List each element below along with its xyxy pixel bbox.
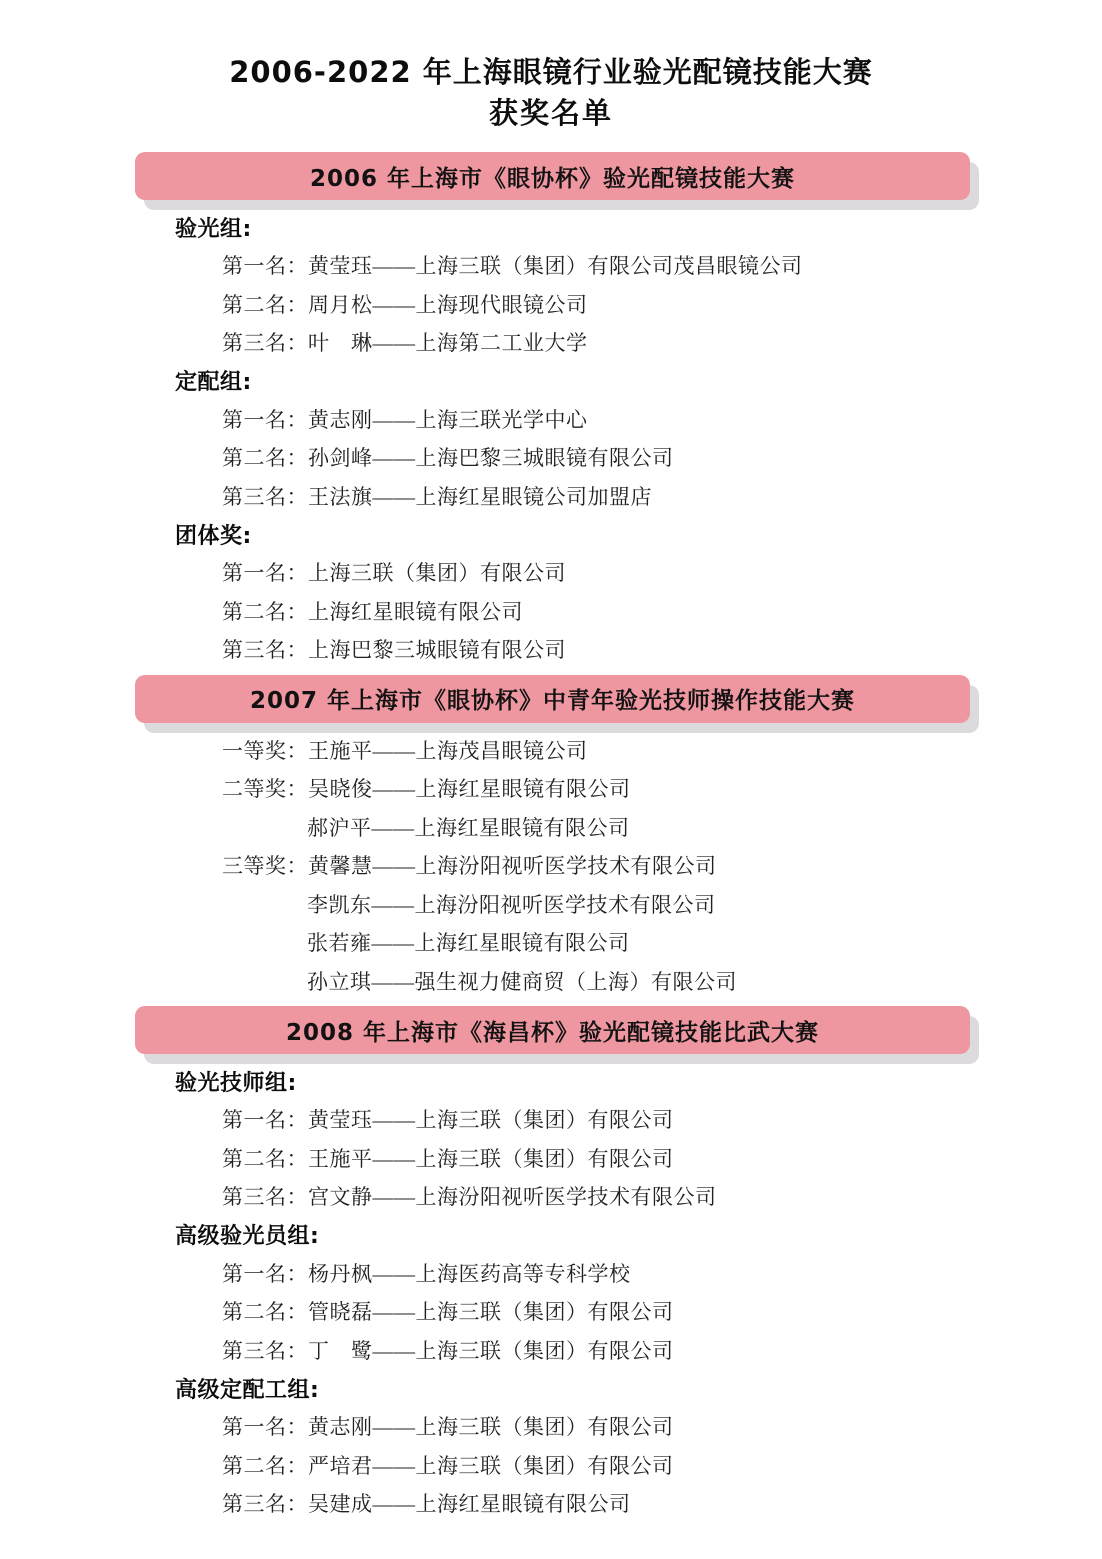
award-rank-label: 第二名： xyxy=(222,289,308,319)
award-winner-text: 上海巴黎三城眼镜有限公司 xyxy=(308,634,566,664)
award-entry: 第一名：黄莹珏——上海三联（集团）有限公司茂昌眼镜公司 xyxy=(222,246,1102,285)
award-entry: 三等奖：黄馨慧——上海汾阳视听医学技术有限公司 xyxy=(222,846,1102,885)
award-winner-text: 黄馨慧——上海汾阳视听医学技术有限公司 xyxy=(308,850,717,880)
award-rank-label: 第一名： xyxy=(222,404,308,434)
award-winner-text: 上海红星眼镜有限公司 xyxy=(308,596,523,626)
award-winner-text: 杨丹枫——上海医药高等专科学校 xyxy=(308,1258,631,1288)
section-body: 验光组:第一名：黄莹珏——上海三联（集团）有限公司茂昌眼镜公司第二名：周月松——… xyxy=(0,200,1102,669)
award-rank-label: 第一名： xyxy=(222,1411,308,1441)
award-entry: 张若雍——上海红星眼镜有限公司 xyxy=(222,923,1102,962)
award-entry: 第二名：管晓磊——上海三联（集团）有限公司 xyxy=(222,1292,1102,1331)
award-rank-label: 第三名： xyxy=(222,1181,308,1211)
award-rank-label: 第二名： xyxy=(222,1143,308,1173)
award-winner-text: 王法旗——上海红星眼镜公司加盟店 xyxy=(308,481,652,511)
award-rank-label: 三等奖： xyxy=(222,850,308,880)
award-entry: 二等奖：吴晓俊——上海红星眼镜有限公司 xyxy=(222,769,1102,808)
group-heading: 验光技师组: xyxy=(175,1062,1102,1100)
award-rank-label: 第一名： xyxy=(222,1104,308,1134)
section-banner-title: 2007 年上海市《眼协杯》中青年验光技师操作技能大赛 xyxy=(250,682,855,715)
award-entry: 第三名：叶 琳——上海第二工业大学 xyxy=(222,323,1102,362)
award-winner-text: 黄莹珏——上海三联（集团）有限公司 xyxy=(308,1104,674,1134)
award-entry: 第二名：周月松——上海现代眼镜公司 xyxy=(222,285,1102,324)
award-entry: 第三名：上海巴黎三城眼镜有限公司 xyxy=(222,630,1102,669)
competition-section: 2007 年上海市《眼协杯》中青年验光技师操作技能大赛一等奖：王施平——上海茂昌… xyxy=(0,675,1102,1001)
award-rank-label: 第一名： xyxy=(222,557,308,587)
award-entry: 第一名：上海三联（集团）有限公司 xyxy=(222,553,1102,592)
section-banner-title: 2006 年上海市《眼协杯》验光配镜技能大赛 xyxy=(310,160,795,193)
award-winner-text: 张若雍——上海红星眼镜有限公司 xyxy=(307,927,630,957)
award-entry: 第二名：严培君——上海三联（集团）有限公司 xyxy=(222,1446,1102,1485)
award-winner-text: 丁 鹭——上海三联（集团）有限公司 xyxy=(308,1335,674,1365)
award-rank-label: 二等奖： xyxy=(222,773,308,803)
award-entry: 孙立琪——强生视力健商贸（上海）有限公司 xyxy=(222,962,1102,1001)
award-rank-label: 一等奖： xyxy=(222,735,308,765)
award-rank-label: 第二名： xyxy=(222,1296,308,1326)
section-banner: 2007 年上海市《眼协杯》中青年验光技师操作技能大赛 xyxy=(135,675,970,723)
award-winner-text: 吴建成——上海红星眼镜有限公司 xyxy=(308,1488,631,1518)
award-winner-text: 黄志刚——上海三联光学中心 xyxy=(308,404,588,434)
award-rank-label: 第三名： xyxy=(222,634,308,664)
award-winner-text: 王施平——上海茂昌眼镜公司 xyxy=(308,735,588,765)
award-entry: 第二名：孙剑峰——上海巴黎三城眼镜有限公司 xyxy=(222,438,1102,477)
award-rank-label: 第三名： xyxy=(222,1335,308,1365)
award-winner-text: 管晓磊——上海三联（集团）有限公司 xyxy=(308,1296,674,1326)
award-winner-text: 叶 琳——上海第二工业大学 xyxy=(308,327,588,357)
award-entry: 一等奖：王施平——上海茂昌眼镜公司 xyxy=(222,731,1102,770)
competition-section: 2008 年上海市《海昌杯》验光配镜技能比武大赛验光技师组:第一名：黄莹珏——上… xyxy=(0,1006,1102,1523)
section-body: 一等奖：王施平——上海茂昌眼镜公司二等奖：吴晓俊——上海红星眼镜有限公司郝沪平—… xyxy=(0,723,1102,1001)
award-winner-text: 黄志刚——上海三联（集团）有限公司 xyxy=(308,1411,674,1441)
award-winner-text: 宫文静——上海汾阳视听医学技术有限公司 xyxy=(308,1181,717,1211)
award-rank-label: 第二名： xyxy=(222,1450,308,1480)
group-heading: 定配组: xyxy=(175,362,1102,400)
award-entry: 第一名：黄莹珏——上海三联（集团）有限公司 xyxy=(222,1100,1102,1139)
banner-face: 2006 年上海市《眼协杯》验光配镜技能大赛 xyxy=(135,152,970,200)
award-winner-text: 李凯东——上海汾阳视听医学技术有限公司 xyxy=(307,889,716,919)
group-heading: 高级验光员组: xyxy=(175,1216,1102,1254)
award-winner-text: 吴晓俊——上海红星眼镜有限公司 xyxy=(308,773,631,803)
award-winner-text: 王施平——上海三联（集团）有限公司 xyxy=(308,1143,674,1173)
group-heading: 团体奖: xyxy=(175,515,1102,553)
award-rank-label: 第三名： xyxy=(222,1488,308,1518)
section-banner-title: 2008 年上海市《海昌杯》验光配镜技能比武大赛 xyxy=(286,1014,819,1047)
award-winner-text: 孙剑峰——上海巴黎三城眼镜有限公司 xyxy=(308,442,674,472)
group-heading: 高级定配工组: xyxy=(175,1369,1102,1407)
group-heading: 验光组: xyxy=(175,208,1102,246)
page-subtitle: 获奖名单 xyxy=(0,95,1102,132)
section-body: 验光技师组:第一名：黄莹珏——上海三联（集团）有限公司第二名：王施平——上海三联… xyxy=(0,1054,1102,1523)
award-winner-text: 郝沪平——上海红星眼镜有限公司 xyxy=(307,812,630,842)
award-winner-text: 孙立琪——强生视力健商贸（上海）有限公司 xyxy=(307,966,737,996)
award-winner-text: 黄莹珏——上海三联（集团）有限公司茂昌眼镜公司 xyxy=(308,250,803,280)
award-entry: 郝沪平——上海红星眼镜有限公司 xyxy=(222,808,1102,847)
award-entry: 第一名：杨丹枫——上海医药高等专科学校 xyxy=(222,1254,1102,1293)
section-banner: 2006 年上海市《眼协杯》验光配镜技能大赛 xyxy=(135,152,970,200)
award-rank-label: 第三名： xyxy=(222,327,308,357)
competition-section: 2006 年上海市《眼协杯》验光配镜技能大赛验光组:第一名：黄莹珏——上海三联（… xyxy=(0,152,1102,669)
award-rank-label: 第一名： xyxy=(222,250,308,280)
award-rank-label: 第二名： xyxy=(222,442,308,472)
banner-face: 2008 年上海市《海昌杯》验光配镜技能比武大赛 xyxy=(135,1006,970,1054)
award-winner-text: 严培君——上海三联（集团）有限公司 xyxy=(308,1450,674,1480)
award-entry: 第三名：吴建成——上海红星眼镜有限公司 xyxy=(222,1484,1102,1523)
banner-face: 2007 年上海市《眼协杯》中青年验光技师操作技能大赛 xyxy=(135,675,970,723)
award-winner-text: 上海三联（集团）有限公司 xyxy=(308,557,566,587)
award-entry: 第三名：王法旗——上海红星眼镜公司加盟店 xyxy=(222,477,1102,516)
document-page: 2006-2022 年上海眼镜行业验光配镜技能大赛 获奖名单 2006 年上海市… xyxy=(0,0,1102,1559)
section-banner: 2008 年上海市《海昌杯》验光配镜技能比武大赛 xyxy=(135,1006,970,1054)
award-entry: 第一名：黄志刚——上海三联（集团）有限公司 xyxy=(222,1407,1102,1446)
award-rank-label: 第三名： xyxy=(222,481,308,511)
award-rank-label: 第一名： xyxy=(222,1258,308,1288)
award-entry: 第一名：黄志刚——上海三联光学中心 xyxy=(222,400,1102,439)
award-entry: 第三名：宫文静——上海汾阳视听医学技术有限公司 xyxy=(222,1177,1102,1216)
award-entry: 李凯东——上海汾阳视听医学技术有限公司 xyxy=(222,885,1102,924)
award-entry: 第二名：上海红星眼镜有限公司 xyxy=(222,592,1102,631)
award-entry: 第二名：王施平——上海三联（集团）有限公司 xyxy=(222,1139,1102,1178)
award-winner-text: 周月松——上海现代眼镜公司 xyxy=(308,289,588,319)
page-title: 2006-2022 年上海眼镜行业验光配镜技能大赛 xyxy=(0,0,1102,91)
award-entry: 第三名：丁 鹭——上海三联（集团）有限公司 xyxy=(222,1331,1102,1370)
award-rank-label: 第二名： xyxy=(222,596,308,626)
sections-container: 2006 年上海市《眼协杯》验光配镜技能大赛验光组:第一名：黄莹珏——上海三联（… xyxy=(0,152,1102,1523)
